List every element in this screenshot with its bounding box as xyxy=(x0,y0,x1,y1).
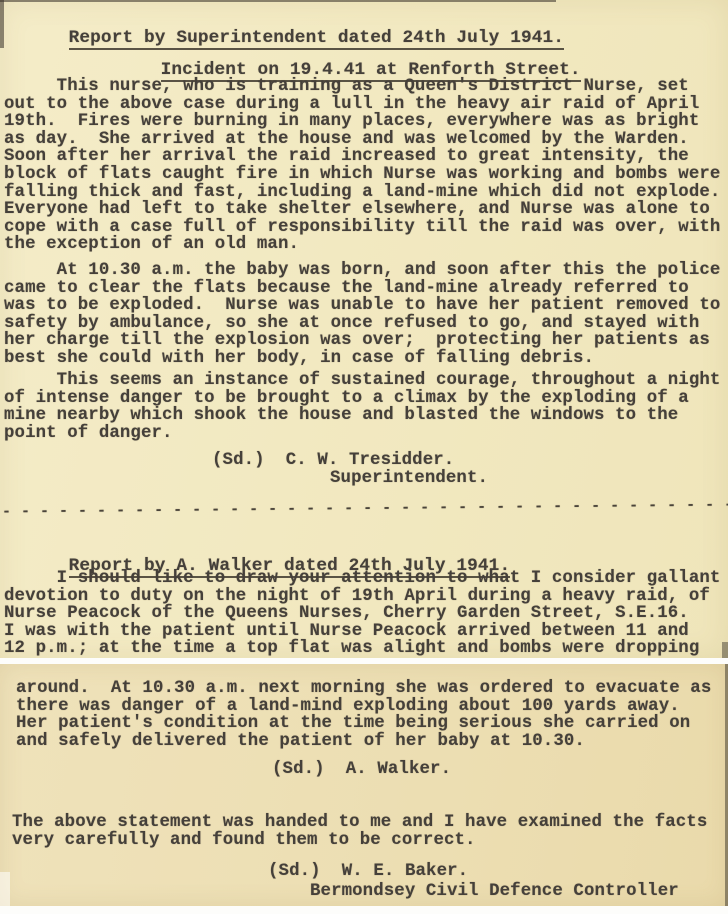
report2-paragraph-2: around. At 10.30 a.m. next morning she w… xyxy=(16,680,711,750)
scan-edge-artifact xyxy=(0,872,10,906)
report1-signature-title: Superintendent. xyxy=(330,470,488,488)
report1-paragraph-3: This seems an instance of sustained cour… xyxy=(4,372,720,442)
report2-signature-name: (Sd.) A. Walker. xyxy=(272,761,451,779)
scan-segment-bottom: around. At 10.30 a.m. next morning she w… xyxy=(0,664,728,906)
scanned-document-page: Report by Superintendent dated 24th July… xyxy=(0,0,728,914)
dashed-divider: - - - - - - - - - - - - - - - - - - - - … xyxy=(2,497,726,521)
closing-paragraph: The above statement was handed to me and… xyxy=(12,814,707,849)
scan-edge-artifact xyxy=(0,0,556,2)
closing-signature-name: (Sd.) W. E. Baker. xyxy=(268,863,468,881)
scan-edge-artifact xyxy=(722,642,728,658)
report1-paragraph-2: At 10.30 a.m. the baby was born, and soo… xyxy=(4,262,720,368)
report2-paragraph-1: I should like to draw your attention to … xyxy=(4,570,720,658)
scan-segment-top: Report by Superintendent dated 24th July… xyxy=(0,0,728,658)
report1-signature-name: (Sd.) C. W. Tresidder. xyxy=(212,452,454,470)
closing-signature-title: Bermondsey Civil Defence Controller xyxy=(310,883,679,901)
report1-paragraph-1: This nurse, who is training as a Queen's… xyxy=(4,78,720,254)
